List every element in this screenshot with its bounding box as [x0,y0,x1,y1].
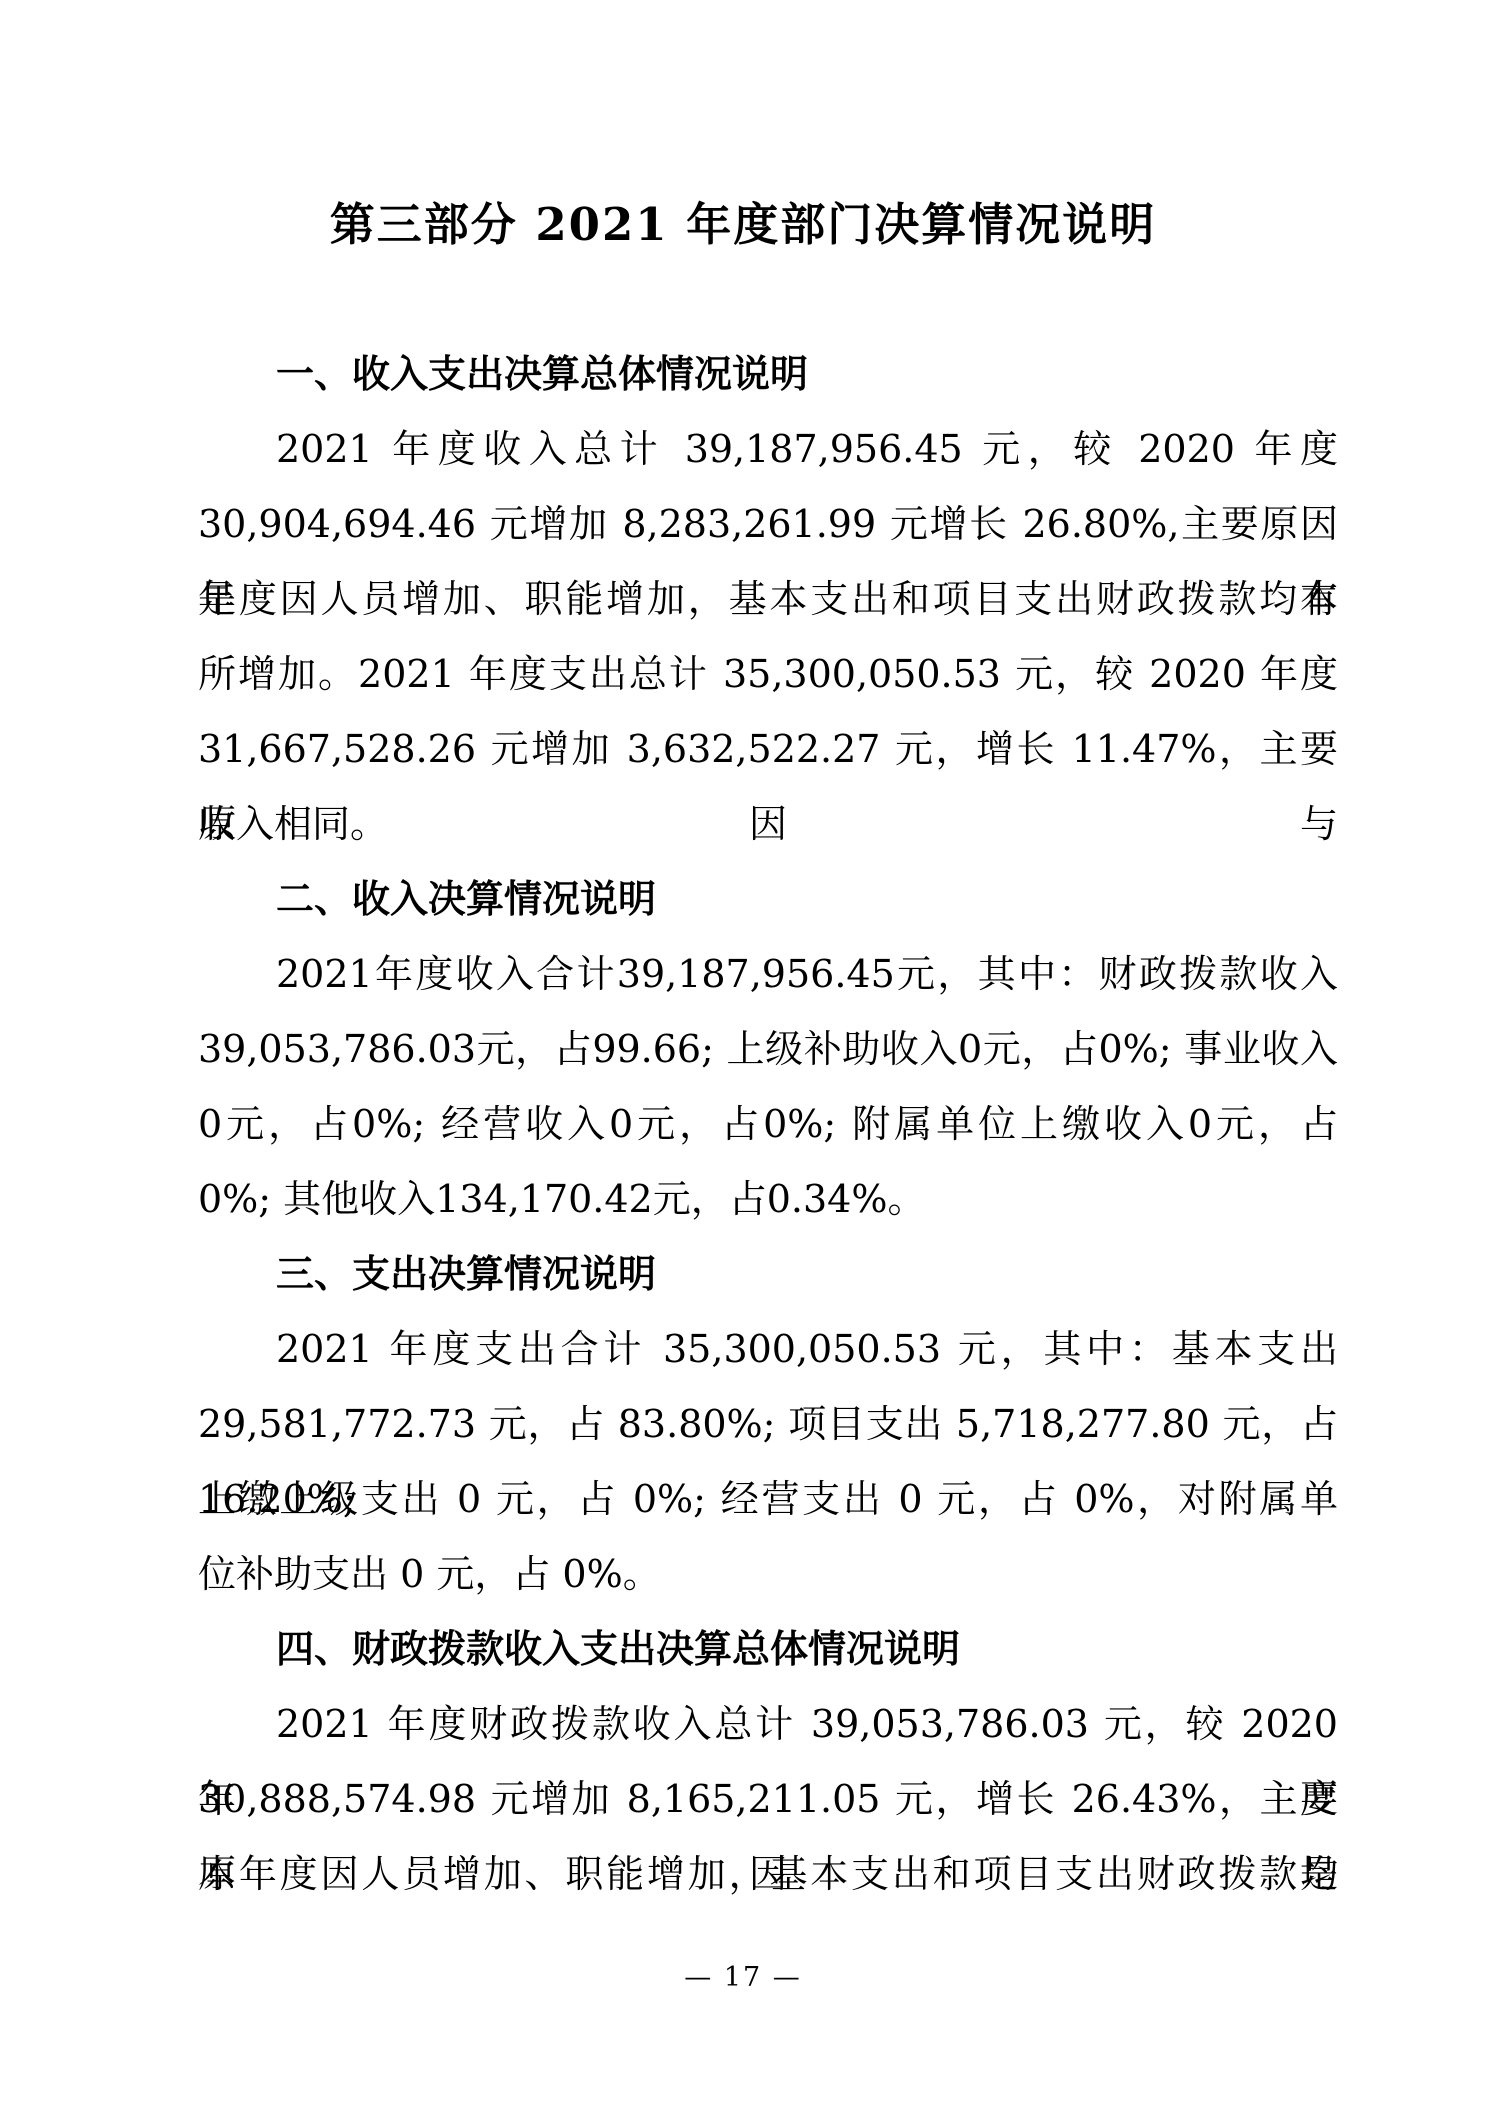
paragraph-line: 2021 年度财政拨款收入总计 39,053,786.03 元，较 2020 年… [198,1687,1338,1762]
paragraph-line: 所增加。2021 年度支出总计 35,300,050.53 元，较 2020 年… [198,637,1338,712]
section-3-heading: 三、支出决算情况说明 [198,1237,1338,1312]
section-4-heading: 四、财政拨款收入支出决算总体情况说明 [198,1612,1338,1687]
paragraph-line: 0%; 其他收入134,170.42元，占0.34%。 [198,1162,1338,1237]
paragraph-line: 29,581,772.73 元，占 83.80%; 项目支出 5,718,277… [198,1387,1338,1462]
section-1-heading: 一、收入支出决算总体情况说明 [198,337,1338,412]
page-number: — 17 — [0,1962,1486,1993]
document-title: 第三部分 2021 年度部门决算情况说明 [0,190,1486,260]
paragraph-line: 上缴上级支出 0 元，占 0%; 经营支出 0 元，占 0%，对附属单 [198,1462,1338,1537]
section-2-heading: 二、收入决算情况说明 [198,862,1338,937]
document-body: 一、收入支出决算总体情况说明 2021 年度收入总计 39,187,956.45… [198,337,1338,1912]
paragraph-line: 2021 年度支出合计 35,300,050.53 元，其中：基本支出 [198,1312,1338,1387]
paragraph-line: 位补助支出 0 元，占 0%。 [198,1537,1338,1612]
paragraph-line: 30,888,574.98 元增加 8,165,211.05 元，增长 26.4… [198,1762,1338,1837]
paragraph-line: 本年度因人员增加、职能增加，基本支出和项目支出财政拨款均 [198,1837,1338,1912]
paragraph-line: 年度因人员增加、职能增加，基本支出和项目支出财政拨款均有 [198,562,1338,637]
paragraph-line: 2021 年度收入总计 39,187,956.45 元，较 2020 年度 [198,412,1338,487]
paragraph-line: 31,667,528.26 元增加 3,632,522.27 元，增长 11.4… [198,712,1338,787]
document-page: 第三部分 2021 年度部门决算情况说明 一、收入支出决算总体情况说明 2021… [0,0,1486,2103]
paragraph-line: 30,904,694.46 元增加 8,283,261.99 元增长 26.80… [198,487,1338,562]
paragraph-line: 39,053,786.03元，占99.66; 上级补助收入0元，占0%; 事业收… [198,1012,1338,1087]
paragraph-line: 2021年度收入合计39,187,956.45元，其中：财政拨款收入 [198,937,1338,1012]
paragraph-line: 0元，占0%; 经营收入0元，占0%; 附属单位上缴收入0元，占 [198,1087,1338,1162]
